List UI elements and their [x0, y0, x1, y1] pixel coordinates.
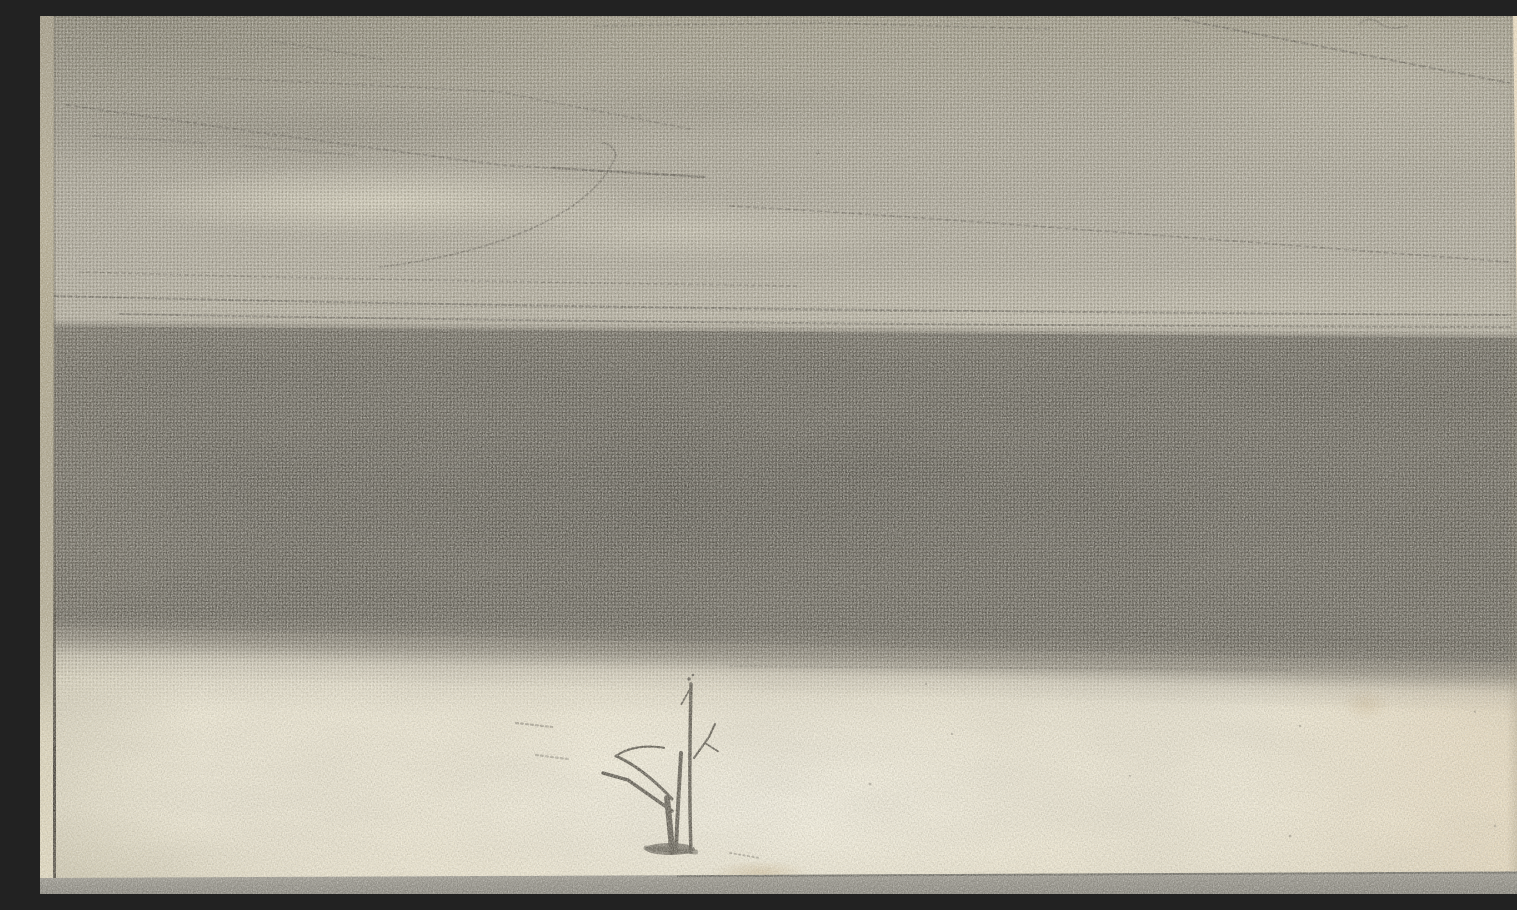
printed-plate	[54, 16, 1517, 894]
left-page-fold-line	[53, 16, 56, 882]
tonal-mottle-overlay	[54, 16, 1517, 894]
scanned-page: Scanned halftone book plate — bleak wint…	[40, 16, 1517, 894]
